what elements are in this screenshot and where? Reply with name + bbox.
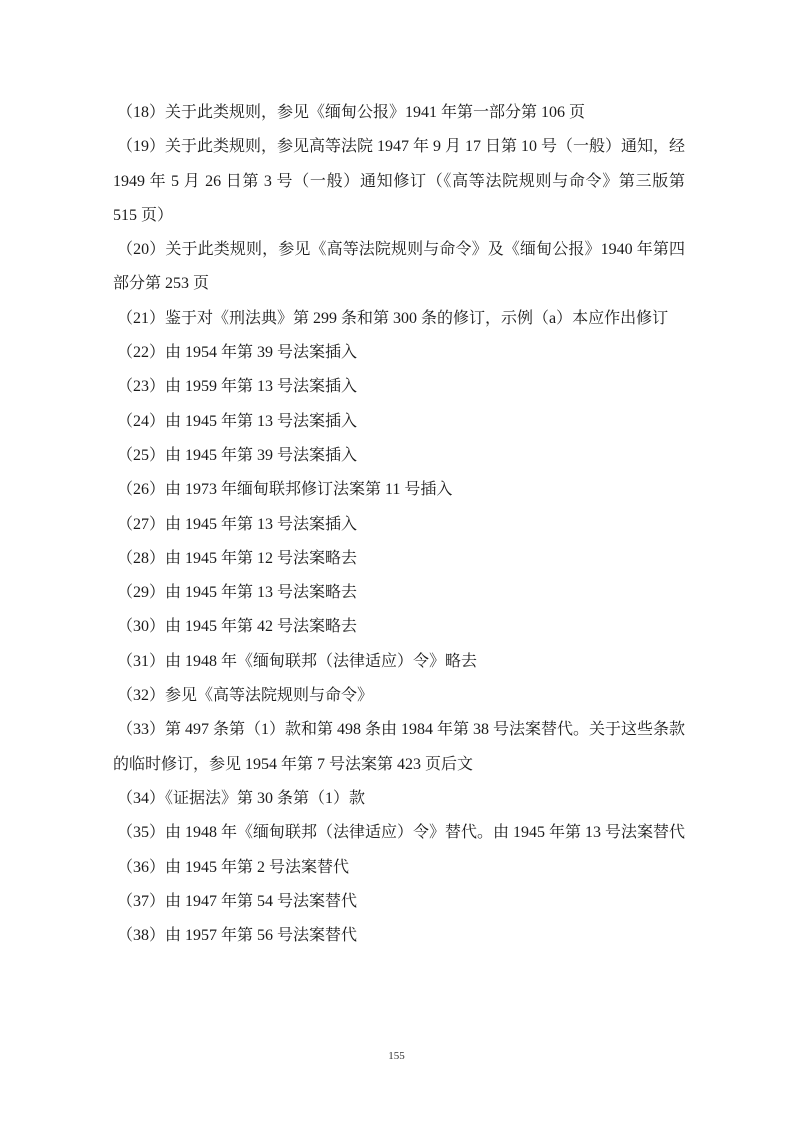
footnote-34: （34）《证据法》第 30 条第（1）款 [113, 782, 685, 816]
page-number: 155 [0, 1050, 793, 1062]
document-page: （18）关于此类规则，参见《缅甸公报》1941 年第一部分第 106 页 （19… [0, 0, 793, 1122]
footnote-19: （19）关于此类规则，参见高等法院 1947 年 9 月 17 日第 10 号（… [113, 130, 685, 233]
footnote-36: （36）由 1945 年第 2 号法案替代 [113, 851, 685, 885]
footnote-38: （38）由 1957 年第 56 号法案替代 [113, 919, 685, 953]
footnote-18: （18）关于此类规则，参见《缅甸公报》1941 年第一部分第 106 页 [113, 96, 685, 130]
footnote-20: （20）关于此类规则，参见《高等法院规则与命令》及《缅甸公报》1940 年第四部… [113, 233, 685, 302]
footnote-29: （29）由 1945 年第 13 号法案略去 [113, 576, 685, 610]
footnote-23: （23）由 1959 年第 13 号法案插入 [113, 370, 685, 404]
footnote-32: （32）参见《高等法院规则与命令》 [113, 679, 685, 713]
footnote-37: （37）由 1947 年第 54 号法案替代 [113, 885, 685, 919]
footnote-26: （26）由 1973 年缅甸联邦修订法案第 11 号插入 [113, 473, 685, 507]
footnote-31: （31）由 1948 年《缅甸联邦（法律适应）令》略去 [113, 645, 685, 679]
footnote-21: （21）鉴于对《刑法典》第 299 条和第 300 条的修订，示例（a）本应作出… [113, 302, 685, 336]
footnote-30: （30）由 1945 年第 42 号法案略去 [113, 610, 685, 644]
footnotes-list: （18）关于此类规则，参见《缅甸公报》1941 年第一部分第 106 页 （19… [113, 96, 685, 953]
footnote-35: （35）由 1948 年《缅甸联邦（法律适应）令》替代。由 1945 年第 13… [113, 816, 685, 850]
footnote-22: （22）由 1954 年第 39 号法案插入 [113, 336, 685, 370]
footnote-25: （25）由 1945 年第 39 号法案插入 [113, 439, 685, 473]
footnote-28: （28）由 1945 年第 12 号法案略去 [113, 542, 685, 576]
footnote-27: （27）由 1945 年第 13 号法案插入 [113, 508, 685, 542]
footnote-24: （24）由 1945 年第 13 号法案插入 [113, 405, 685, 439]
footnote-33: （33）第 497 条第（1）款和第 498 条由 1984 年第 38 号法案… [113, 713, 685, 782]
